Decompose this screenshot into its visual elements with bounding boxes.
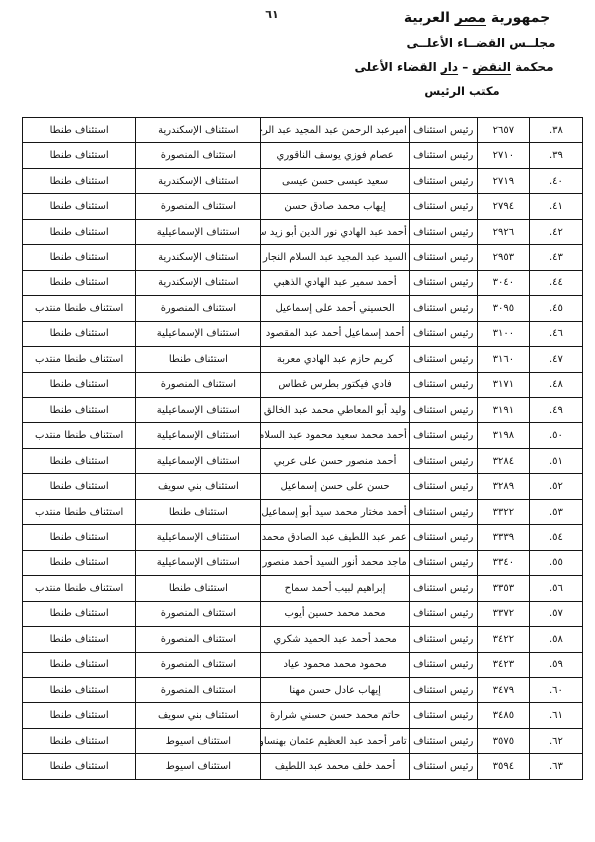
cell-assignment: استئناف طنطا <box>23 372 136 397</box>
table-row: ٥٢.٣٢٨٩رئيس استئنافحسن على حسن إسماعيلاس… <box>23 474 583 499</box>
table-row: ٣٨.٢٦٥٧رئيس استئنافاميرعبد الرحمن عبد ال… <box>23 118 583 143</box>
cell-court: استئناف المنصورة <box>136 677 261 702</box>
header-republic-post: العربية <box>404 10 455 26</box>
cell-name: أحمد محمد سعيد محمود عبد السلام <box>261 423 409 448</box>
table-row: ٥٩.٣٤٢٣رئيس استئنافمحمود محمد محمود عياد… <box>23 652 583 677</box>
cell-assignment: استئناف طنطا منتدب <box>23 576 136 601</box>
cell-assignment: استئناف طنطا <box>23 397 136 422</box>
cell-seq: ٤٨. <box>529 372 582 397</box>
cell-number: ٣٢٨٩ <box>477 474 529 499</box>
cell-court: استئناف المنصورة <box>136 627 261 652</box>
cell-name: السيد عبد المجيد عبد السلام النجار <box>261 245 409 270</box>
cell-seq: ٥٢. <box>529 474 582 499</box>
cell-name: أحمد عبد الهادي نور الدين أبو زيد سليمان <box>261 219 409 244</box>
header-court-cassation: النقض <box>472 60 511 74</box>
cell-number: ٢٩٢٦ <box>477 219 529 244</box>
cell-title: رئيس استئناف <box>409 754 477 780</box>
cell-seq: ٣٩. <box>529 143 582 168</box>
cell-number: ٢٧١٩ <box>477 168 529 193</box>
cell-seq: ٥٧. <box>529 601 582 626</box>
cell-title: رئيس استئناف <box>409 474 477 499</box>
cell-assignment: استئناف طنطا <box>23 677 136 702</box>
page-number: ٦١ <box>265 8 278 21</box>
cell-name: تامر أحمد عبد العظيم عثمان بهنساوي <box>261 728 409 753</box>
cell-title: رئيس استئناف <box>409 423 477 448</box>
cell-title: رئيس استئناف <box>409 219 477 244</box>
judges-table: ٣٨.٢٦٥٧رئيس استئنافاميرعبد الرحمن عبد ال… <box>22 117 583 780</box>
cell-title: رئيس استئناف <box>409 270 477 295</box>
cell-title: رئيس استئناف <box>409 677 477 702</box>
cell-seq: ٤٧. <box>529 347 582 372</box>
cell-seq: ٦٠. <box>529 677 582 702</box>
cell-assignment: استئناف طنطا <box>23 474 136 499</box>
cell-seq: ٥٦. <box>529 576 582 601</box>
cell-court: استئناف المنصورة <box>136 601 261 626</box>
cell-seq: ٤١. <box>529 194 582 219</box>
cell-assignment: استئناف طنطا <box>23 703 136 728</box>
cell-court: استئناف الإسماعيلية <box>136 423 261 448</box>
cell-name: محمد أحمد عبد الحميد شكري <box>261 627 409 652</box>
cell-number: ٢٧١٠ <box>477 143 529 168</box>
cell-seq: ٦٣. <box>529 754 582 780</box>
cell-court: استئناف الإسكندرية <box>136 168 261 193</box>
cell-number: ٣٥٧٥ <box>477 728 529 753</box>
cell-title: رئيس استئناف <box>409 448 477 473</box>
cell-name: أحمد منصور حسن على عربي <box>261 448 409 473</box>
cell-title: رئيس استئناف <box>409 118 477 143</box>
table-row: ٥٦.٣٣٥٣رئيس استئنافإبراهيم لبيب أحمد سما… <box>23 576 583 601</box>
header-republic-underlined: مصر <box>455 10 486 26</box>
cell-title: رئيس استئناف <box>409 347 477 372</box>
document-page: ٦١ جمهورية مصر العربية مجلــس القضــاء ا… <box>0 0 595 842</box>
cell-number: ٣٤٢٣ <box>477 652 529 677</box>
cell-name: محمد محمد حسين أيوب <box>261 601 409 626</box>
cell-number: ٣١٦٠ <box>477 347 529 372</box>
cell-assignment: استئناف طنطا <box>23 118 136 143</box>
cell-title: رئيس استئناف <box>409 397 477 422</box>
cell-seq: ٤٥. <box>529 296 582 321</box>
cell-assignment: استئناف طنطا <box>23 168 136 193</box>
cell-seq: ٥٨. <box>529 627 582 652</box>
header-court-part1: محكمة <box>511 60 554 74</box>
cell-title: رئيس استئناف <box>409 296 477 321</box>
cell-name: محمود محمد محمود عياد <box>261 652 409 677</box>
cell-court: استئناف الإسماعيلية <box>136 397 261 422</box>
cell-title: رئيس استئناف <box>409 168 477 193</box>
header-council-title: مجلــس القضــاء الأعلــى <box>407 36 556 50</box>
cell-number: ٣٥٩٤ <box>477 754 529 780</box>
cell-court: استئناف المنصورة <box>136 143 261 168</box>
table-row: ٦٣.٣٥٩٤رئيس استئنافأحمد خلف محمد عبد الل… <box>23 754 583 780</box>
cell-title: رئيس استئناف <box>409 245 477 270</box>
cell-title: رئيس استئناف <box>409 525 477 550</box>
cell-number: ٣٢٨٤ <box>477 448 529 473</box>
header-office-title: مكتب الرئيس <box>424 84 499 98</box>
cell-number: ٣١٩١ <box>477 397 529 422</box>
cell-number: ٣٣٣٩ <box>477 525 529 550</box>
cell-court: استئناف طنطا <box>136 347 261 372</box>
table-row: ٤٠.٢٧١٩رئيس استئنافسعيد عيسى حسن عيسىاست… <box>23 168 583 193</box>
cell-name: كريم حازم عبد الهادي معربة <box>261 347 409 372</box>
cell-seq: ٤٢. <box>529 219 582 244</box>
cell-court: استئناف الإسماعيلية <box>136 525 261 550</box>
cell-assignment: استئناف طنطا <box>23 245 136 270</box>
table-row: ٤٧.٣١٦٠رئيس استئنافكريم حازم عبد الهادي … <box>23 347 583 372</box>
judges-table-body: ٣٨.٢٦٥٧رئيس استئنافاميرعبد الرحمن عبد ال… <box>23 118 583 780</box>
cell-assignment: استئناف طنطا منتدب <box>23 499 136 524</box>
table-row: ٥٤.٣٣٣٩رئيس استئنافعمر عبد اللطيف عبد ال… <box>23 525 583 550</box>
cell-title: رئيس استئناف <box>409 321 477 346</box>
cell-assignment: استئناف طنطا منتدب <box>23 347 136 372</box>
cell-court: استئناف الإسماعيلية <box>136 448 261 473</box>
header-republic-pre: جمهورية <box>486 10 550 26</box>
cell-name: وليد أبو المعاطي محمد عبد الخالق <box>261 397 409 422</box>
cell-court: استئناف بني سويف <box>136 474 261 499</box>
cell-seq: ٤٩. <box>529 397 582 422</box>
cell-name: أحمد مختار محمد سيد أبو إسماعيل <box>261 499 409 524</box>
table-row: ٥٥.٣٣٤٠رئيس استئنافماجد محمد أنور السيد … <box>23 550 583 575</box>
table-row: ٤٣.٢٩٥٣رئيس استئنافالسيد عبد المجيد عبد … <box>23 245 583 270</box>
cell-title: رئيس استئناف <box>409 652 477 677</box>
header-court-title: محكمة النقض – دار القضاء الأعلى <box>354 60 553 74</box>
cell-court: استئناف بني سويف <box>136 703 261 728</box>
cell-title: رئيس استئناف <box>409 143 477 168</box>
cell-name: أحمد سمير عبد الهادي الذهبي <box>261 270 409 295</box>
cell-number: ٣٤٢٢ <box>477 627 529 652</box>
cell-seq: ٦٢. <box>529 728 582 753</box>
cell-seq: ٤٦. <box>529 321 582 346</box>
cell-number: ٣١٩٨ <box>477 423 529 448</box>
cell-court: استئناف طنطا <box>136 576 261 601</box>
cell-assignment: استئناف طنطا <box>23 728 136 753</box>
cell-name: أحمد إسماعيل أحمد عبد المقصود <box>261 321 409 346</box>
cell-seq: ٥٩. <box>529 652 582 677</box>
cell-title: رئيس استئناف <box>409 627 477 652</box>
cell-court: استئناف المنصورة <box>136 194 261 219</box>
table-row: ٥٣.٣٣٢٢رئيس استئنافأحمد مختار محمد سيد أ… <box>23 499 583 524</box>
cell-seq: ٥٠. <box>529 423 582 448</box>
cell-number: ٣٣٤٠ <box>477 550 529 575</box>
cell-assignment: استئناف طنطا <box>23 270 136 295</box>
cell-title: رئيس استئناف <box>409 194 477 219</box>
cell-assignment: استئناف طنطا <box>23 754 136 780</box>
cell-court: استئناف اسيوط <box>136 728 261 753</box>
cell-number: ٢٦٥٧ <box>477 118 529 143</box>
cell-name: حاتم محمد حسن حسني شرارة <box>261 703 409 728</box>
table-row: ٥١.٣٢٨٤رئيس استئنافأحمد منصور حسن على عر… <box>23 448 583 473</box>
cell-number: ٣٣٧٢ <box>477 601 529 626</box>
header-court-dar: دار <box>441 60 458 74</box>
cell-number: ٣٠٤٠ <box>477 270 529 295</box>
cell-number: ٣١٠٠ <box>477 321 529 346</box>
cell-assignment: استئناف طنطا <box>23 525 136 550</box>
cell-court: استئناف المنصورة <box>136 296 261 321</box>
table-row: ٤٥.٣٠٩٥رئيس استئنافالحسيني أحمد على إسما… <box>23 296 583 321</box>
cell-name: إيهاب محمد صادق حسن <box>261 194 409 219</box>
cell-number: ٣٠٩٥ <box>477 296 529 321</box>
table-row: ٤٢.٢٩٢٦رئيس استئنافأحمد عبد الهادي نور ا… <box>23 219 583 244</box>
cell-title: رئيس استئناف <box>409 601 477 626</box>
table-row: ٤٤.٣٠٤٠رئيس استئنافأحمد سمير عبد الهادي … <box>23 270 583 295</box>
cell-number: ٣٣٥٣ <box>477 576 529 601</box>
cell-title: رئيس استئناف <box>409 499 477 524</box>
header-republic-title: جمهورية مصر العربية <box>404 10 550 26</box>
cell-court: استئناف الإسكندرية <box>136 245 261 270</box>
table-row: ٥٨.٣٤٢٢رئيس استئنافمحمد أحمد عبد الحميد … <box>23 627 583 652</box>
cell-assignment: استئناف طنطا <box>23 219 136 244</box>
cell-title: رئيس استئناف <box>409 550 477 575</box>
cell-assignment: استئناف طنطا <box>23 448 136 473</box>
cell-seq: ٤٣. <box>529 245 582 270</box>
table-row: ٤٩.٣١٩١رئيس استئنافوليد أبو المعاطي محمد… <box>23 397 583 422</box>
cell-seq: ٥١. <box>529 448 582 473</box>
cell-title: رئيس استئناف <box>409 728 477 753</box>
cell-name: إيهاب عادل حسن مهنا <box>261 677 409 702</box>
cell-number: ٣٤٧٩ <box>477 677 529 702</box>
cell-assignment: استئناف طنطا <box>23 143 136 168</box>
cell-name: إبراهيم لبيب أحمد سماح <box>261 576 409 601</box>
table-row: ٥٧.٣٣٧٢رئيس استئنافمحمد محمد حسين أيوباس… <box>23 601 583 626</box>
cell-seq: ٥٥. <box>529 550 582 575</box>
cell-court: استئناف الإسكندرية <box>136 270 261 295</box>
table-row: ٥٠.٣١٩٨رئيس استئنافأحمد محمد سعيد محمود … <box>23 423 583 448</box>
cell-court: استئناف اسيوط <box>136 754 261 780</box>
cell-name: الحسيني أحمد على إسماعيل <box>261 296 409 321</box>
cell-name: اميرعبد الرحمن عبد المجيد عبد الرحيم أبو… <box>261 118 409 143</box>
cell-seq: ٥٣. <box>529 499 582 524</box>
cell-title: رئيس استئناف <box>409 576 477 601</box>
cell-name: أحمد خلف محمد عبد اللطيف <box>261 754 409 780</box>
cell-assignment: استئناف طنطا منتدب <box>23 423 136 448</box>
cell-assignment: استئناف طنطا <box>23 321 136 346</box>
cell-number: ٣١٧١ <box>477 372 529 397</box>
cell-court: استئناف المنصورة <box>136 372 261 397</box>
cell-assignment: استئناف طنطا <box>23 652 136 677</box>
cell-assignment: استئناف طنطا <box>23 627 136 652</box>
cell-seq: ٤٠. <box>529 168 582 193</box>
cell-title: رئيس استئناف <box>409 703 477 728</box>
cell-number: ٣٣٢٢ <box>477 499 529 524</box>
cell-court: استئناف المنصورة <box>136 652 261 677</box>
header-court-dash: – <box>458 60 472 74</box>
cell-number: ٢٧٩٤ <box>477 194 529 219</box>
cell-assignment: استئناف طنطا منتدب <box>23 296 136 321</box>
cell-court: استئناف الإسماعيلية <box>136 219 261 244</box>
cell-seq: ٤٤. <box>529 270 582 295</box>
cell-number: ٢٩٥٣ <box>477 245 529 270</box>
cell-court: استئناف الإسكندرية <box>136 118 261 143</box>
cell-name: حسن على حسن إسماعيل <box>261 474 409 499</box>
header-court-part3: القضاء الأعلى <box>354 60 440 74</box>
cell-name: عصام فوزي يوسف الناقوري <box>261 143 409 168</box>
table-row: ٦١.٣٤٨٥رئيس استئنافحاتم محمد حسن حسني شر… <box>23 703 583 728</box>
cell-assignment: استئناف طنطا <box>23 194 136 219</box>
cell-name: فادي فيكتور بطرس غطاس <box>261 372 409 397</box>
cell-court: استئناف الإسماعيلية <box>136 321 261 346</box>
table-row: ٦٢.٣٥٧٥رئيس استئنافتامر أحمد عبد العظيم … <box>23 728 583 753</box>
table-row: ٤١.٢٧٩٤رئيس استئنافإيهاب محمد صادق حسناس… <box>23 194 583 219</box>
cell-seq: ٥٤. <box>529 525 582 550</box>
table-row: ٣٩.٢٧١٠رئيس استئنافعصام فوزي يوسف الناقو… <box>23 143 583 168</box>
cell-seq: ٦١. <box>529 703 582 728</box>
table-row: ٤٦.٣١٠٠رئيس استئنافأحمد إسماعيل أحمد عبد… <box>23 321 583 346</box>
table-row: ٤٨.٣١٧١رئيس استئناففادي فيكتور بطرس غطاس… <box>23 372 583 397</box>
cell-number: ٣٤٨٥ <box>477 703 529 728</box>
cell-seq: ٣٨. <box>529 118 582 143</box>
cell-name: سعيد عيسى حسن عيسى <box>261 168 409 193</box>
cell-court: استئناف الإسماعيلية <box>136 550 261 575</box>
cell-name: عمر عبد اللطيف عبد الصادق محمد <box>261 525 409 550</box>
table-row: ٦٠.٣٤٧٩رئيس استئنافإيهاب عادل حسن مهنااس… <box>23 677 583 702</box>
cell-assignment: استئناف طنطا <box>23 550 136 575</box>
cell-assignment: استئناف طنطا <box>23 601 136 626</box>
cell-court: استئناف طنطا <box>136 499 261 524</box>
cell-title: رئيس استئناف <box>409 372 477 397</box>
cell-name: ماجد محمد أنور السيد أحمد منصور <box>261 550 409 575</box>
